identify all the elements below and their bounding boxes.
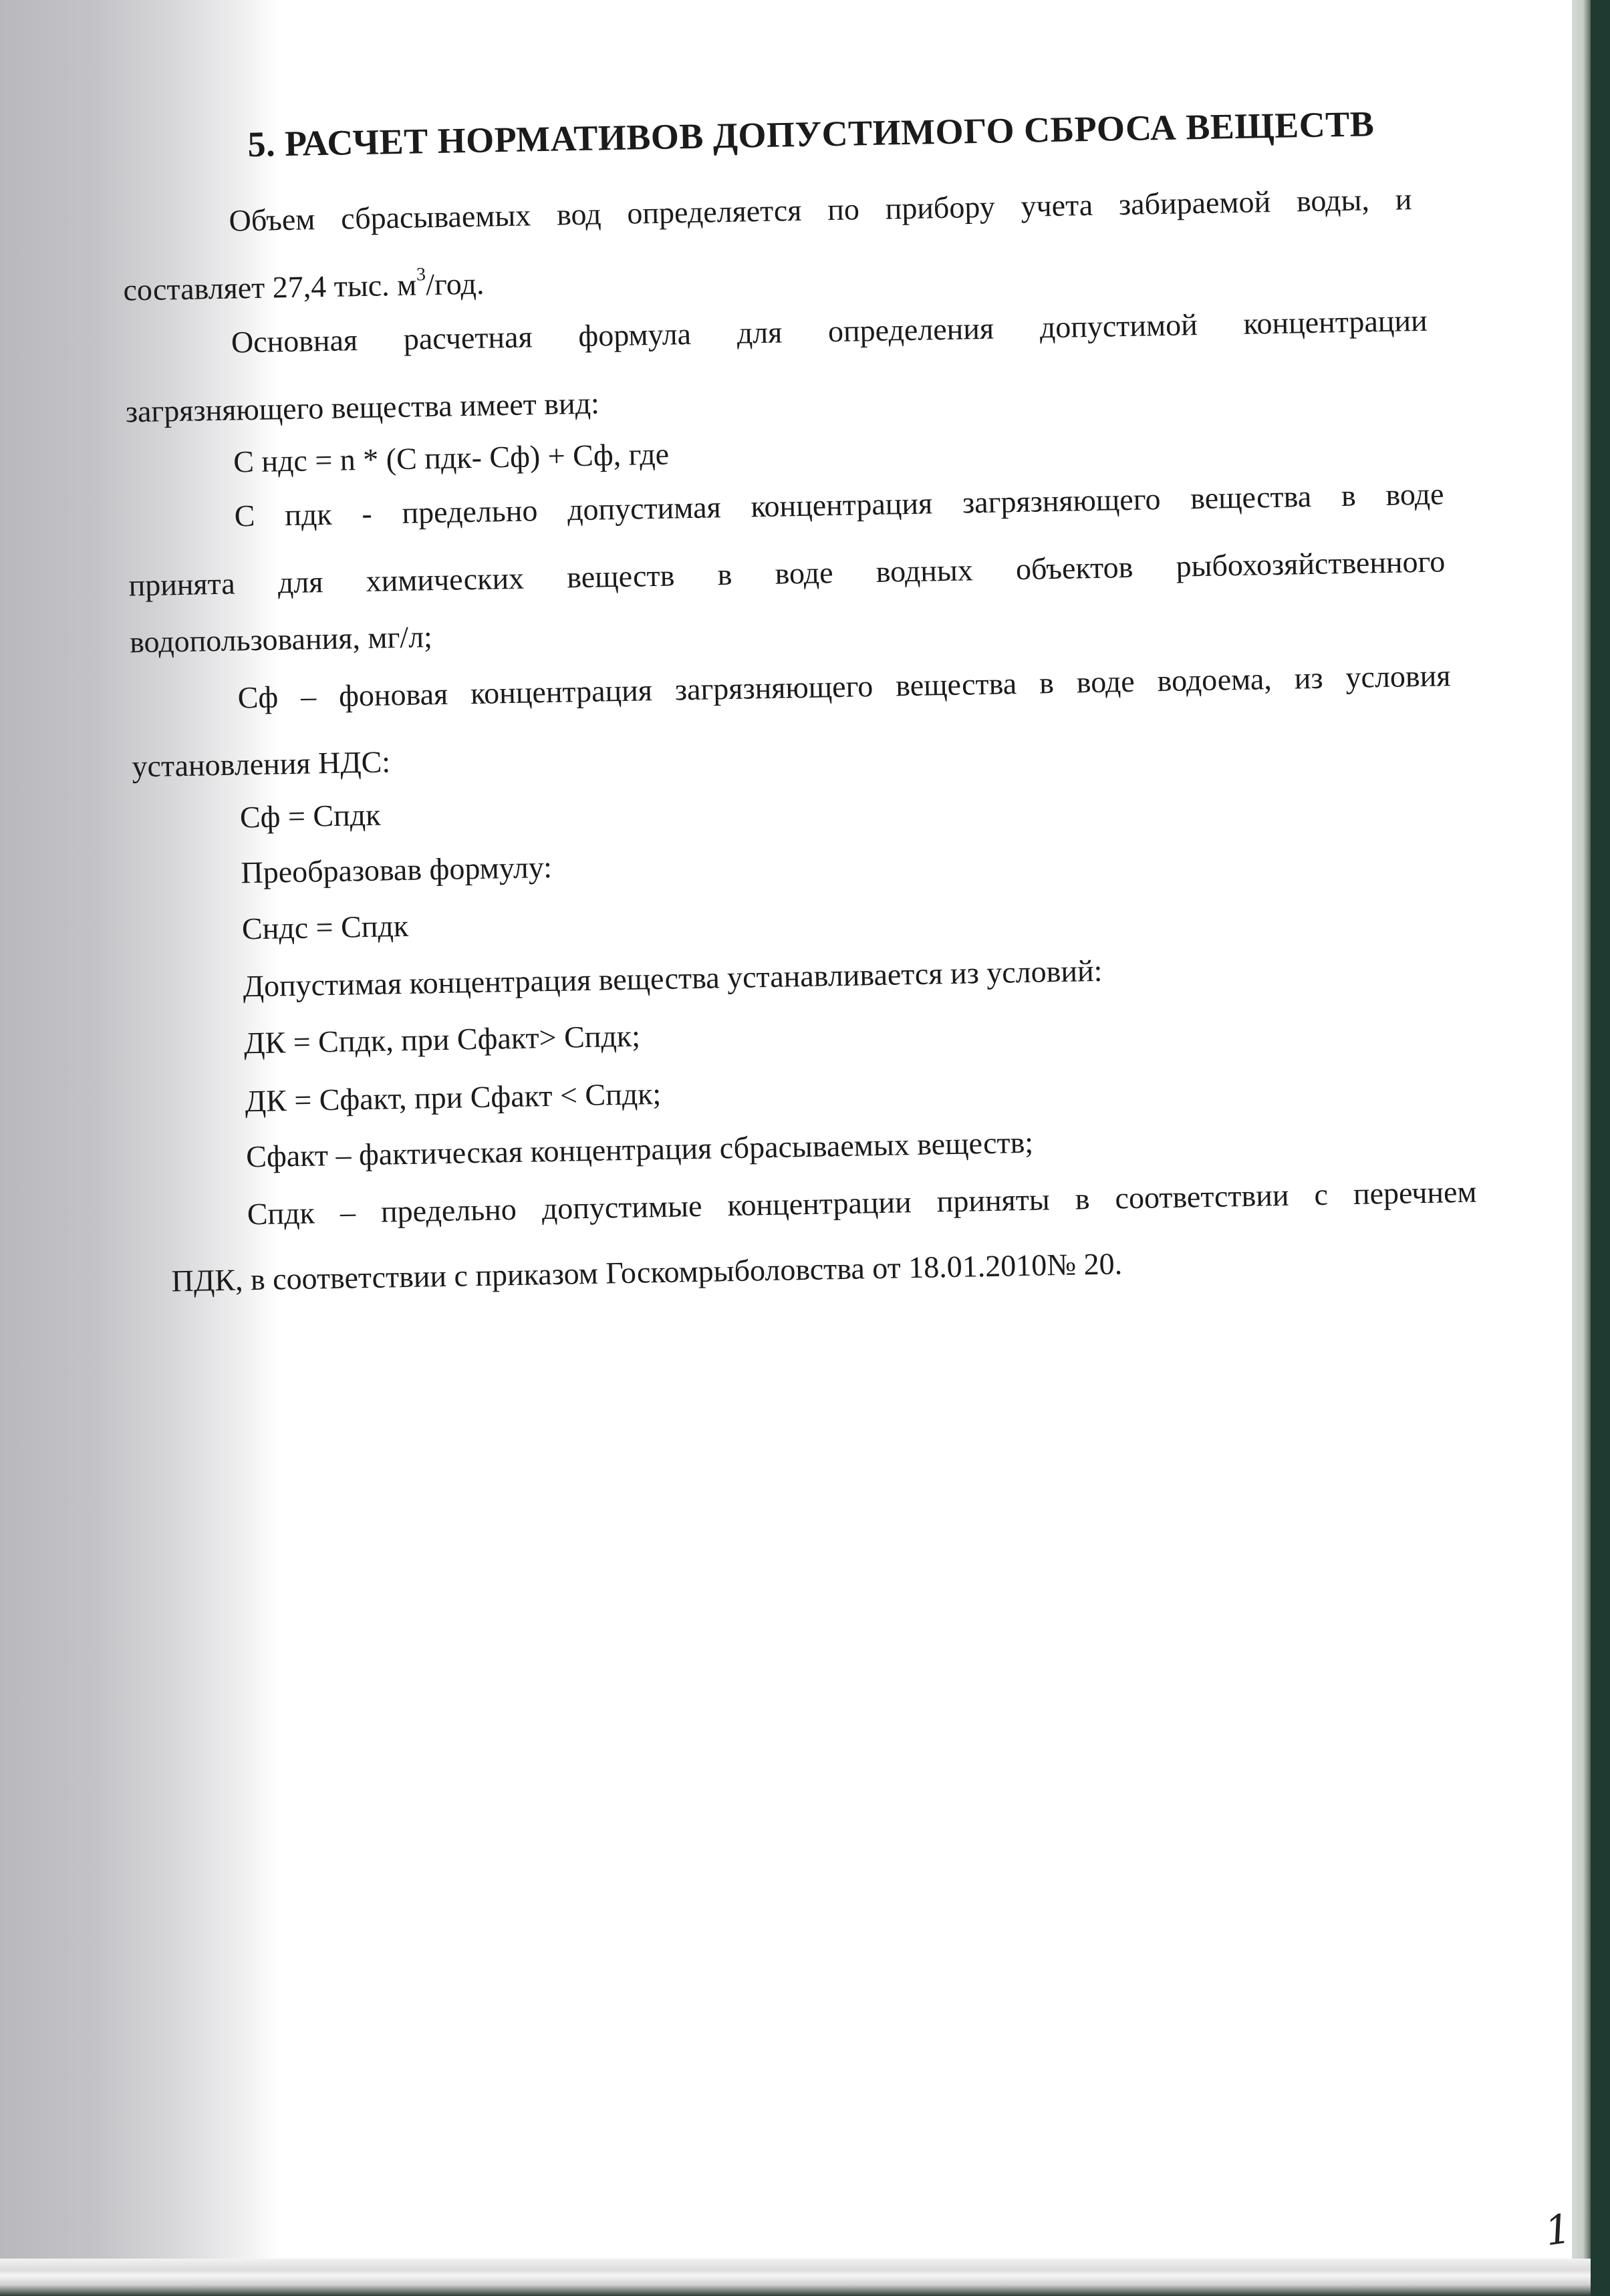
page-edge [1572,0,1591,2296]
paragraph-line: Преобразовав формулу: [241,852,552,889]
paragraph-line: Основная расчетная формула для определен… [231,305,1428,358]
condition: ДК = Спдк, при Сфакт> Спдк; [244,1021,641,1059]
document-page: 5. РАСЧЕТ НОРМАТИВОВ ДОПУСТИМОГО СБРОСА … [0,0,1572,2259]
paragraph-line: принята для химических веществ в воде во… [128,546,1446,601]
formula: Сндс = Спдк [242,911,409,945]
volume-text: составляет 27,4 тыс. м [123,267,417,307]
formula: С ндс = n * (С пдк- Сф) + Сф, где [233,439,670,478]
paragraph-line: водопользования, мг/л; [130,621,433,658]
section-heading: 5. РАСЧЕТ НОРМАТИВОВ ДОПУСТИМОГО СБРОСА … [247,100,1518,165]
superscript: 3 [416,264,426,285]
paragraph-line: установления НДС: [132,746,390,782]
page-content: 5. РАСЧЕТ НОРМАТИВОВ ДОПУСТИМОГО СБРОСА … [0,0,1572,2259]
condition: ДК = Сфакт, при Сфакт < Спдк; [245,1079,661,1117]
paragraph-line: Сфакт – фактическая концентрация сбрасыв… [246,1127,1034,1173]
paragraph-line: Допустимая концентрация вещества устанав… [243,956,1103,1002]
paragraph-line: С пдк - предельно допустимая концентраци… [234,478,1444,531]
paragraph-line: ПДК, в соответствии с приказом Госкомрыб… [171,1248,1122,1296]
formula: Сф = Спдк [240,800,381,833]
page-number: 11 [1542,2202,1572,2255]
unit-text: /год. [426,267,485,302]
paragraph-line: составляет 27,4 тыс. м3/год. [123,269,485,306]
paragraph-line: загрязняющего вещества имеет вид: [125,388,599,427]
paragraph-line: Спдк – предельно допустимые концентрации… [247,1177,1477,1230]
paragraph-line: Сф – фоновая концентрация загрязняющего … [237,660,1451,713]
stacked-pages-edge [0,2259,1591,2296]
paragraph-line: Объем сбрасываемых вод определяется по п… [229,184,1412,236]
